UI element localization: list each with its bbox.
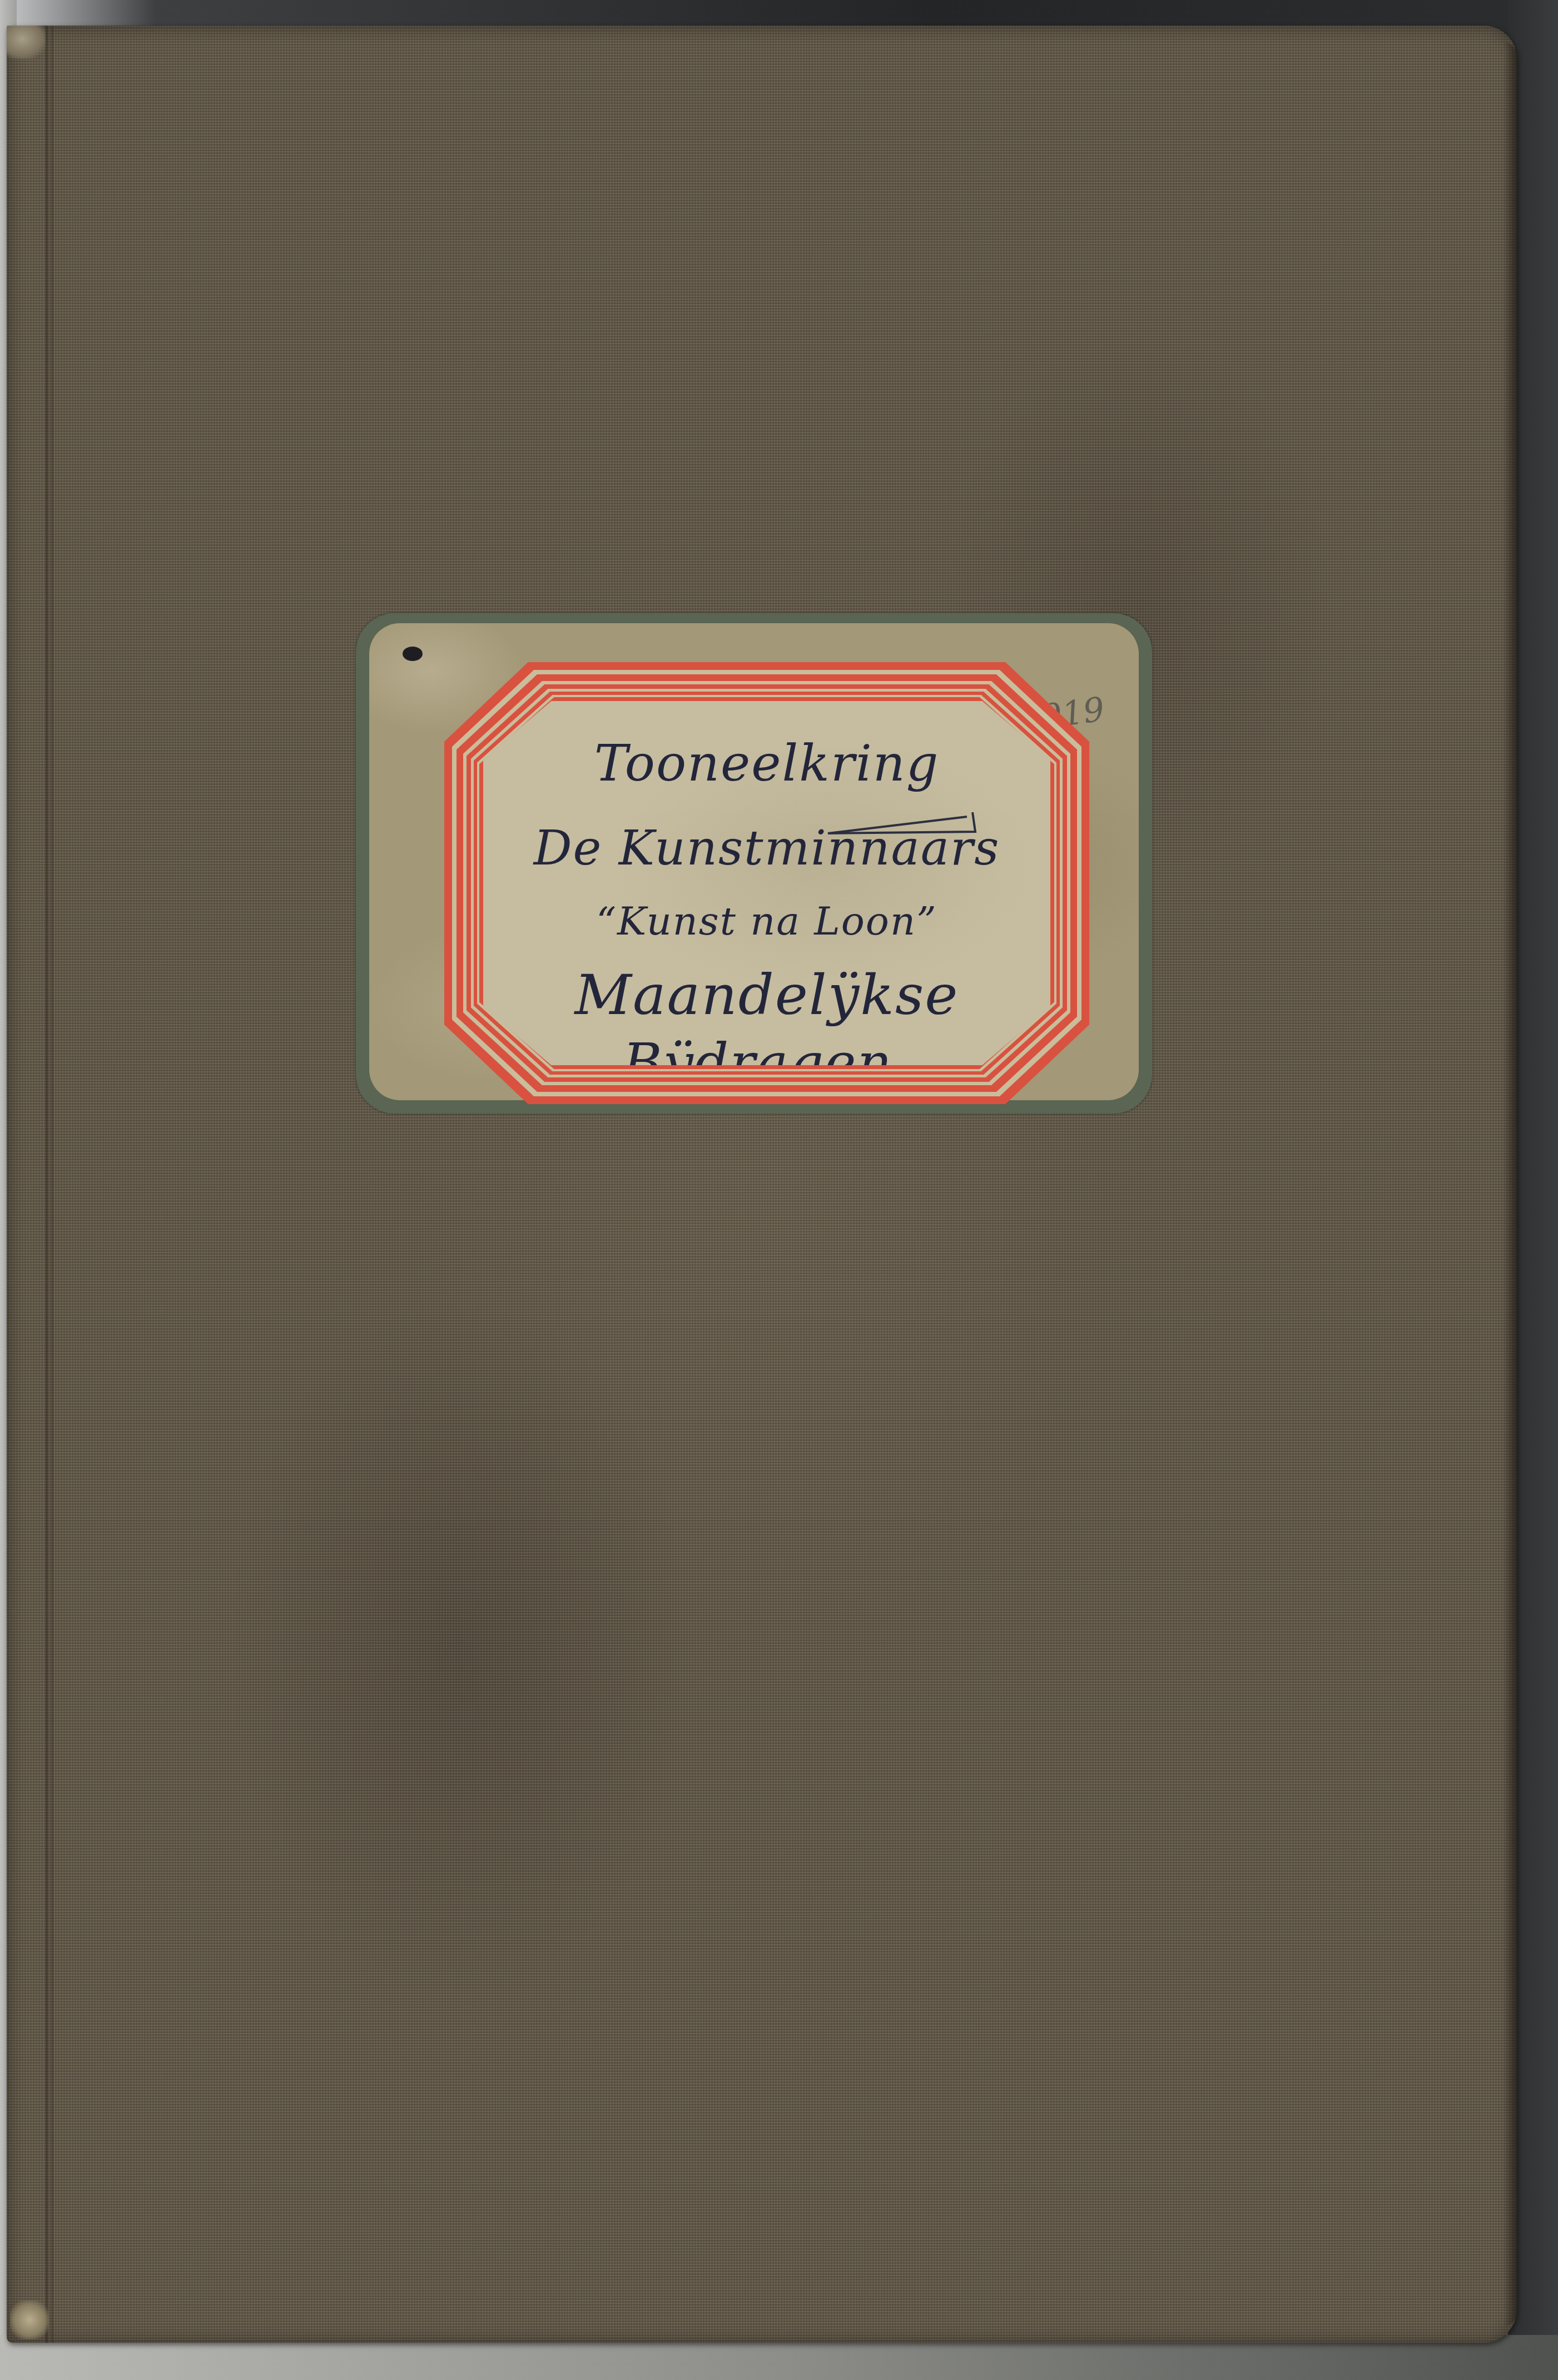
label-paper: 1919 rs 39 Tooneelkring De Kunstminnaars… bbox=[369, 623, 1139, 1100]
spine-wear-top bbox=[7, 26, 46, 59]
label-line-society: Tooneelkring bbox=[483, 734, 1050, 793]
cover-fore-edge bbox=[1504, 42, 1517, 2326]
label-line-club-name: De Kunstminnaars bbox=[483, 821, 1050, 876]
label-writing-area: 39 Tooneelkring De Kunstminnaars “Kunst … bbox=[483, 701, 1050, 1065]
ink-blot bbox=[403, 647, 423, 661]
spine-wear-bottom bbox=[10, 2300, 49, 2339]
label-line-motto: “Kunst na Loon” bbox=[483, 898, 1050, 944]
book-cover bbox=[7, 26, 1517, 2343]
cover-label: 1919 rs 39 Tooneelkring De Kunstminnaars… bbox=[356, 613, 1152, 1114]
label-line-monthly: Maandelÿkse bbox=[483, 962, 1050, 1027]
spine-crease bbox=[46, 26, 53, 2343]
red-octagon-frame: 39 Tooneelkring De Kunstminnaars “Kunst … bbox=[444, 662, 1089, 1104]
